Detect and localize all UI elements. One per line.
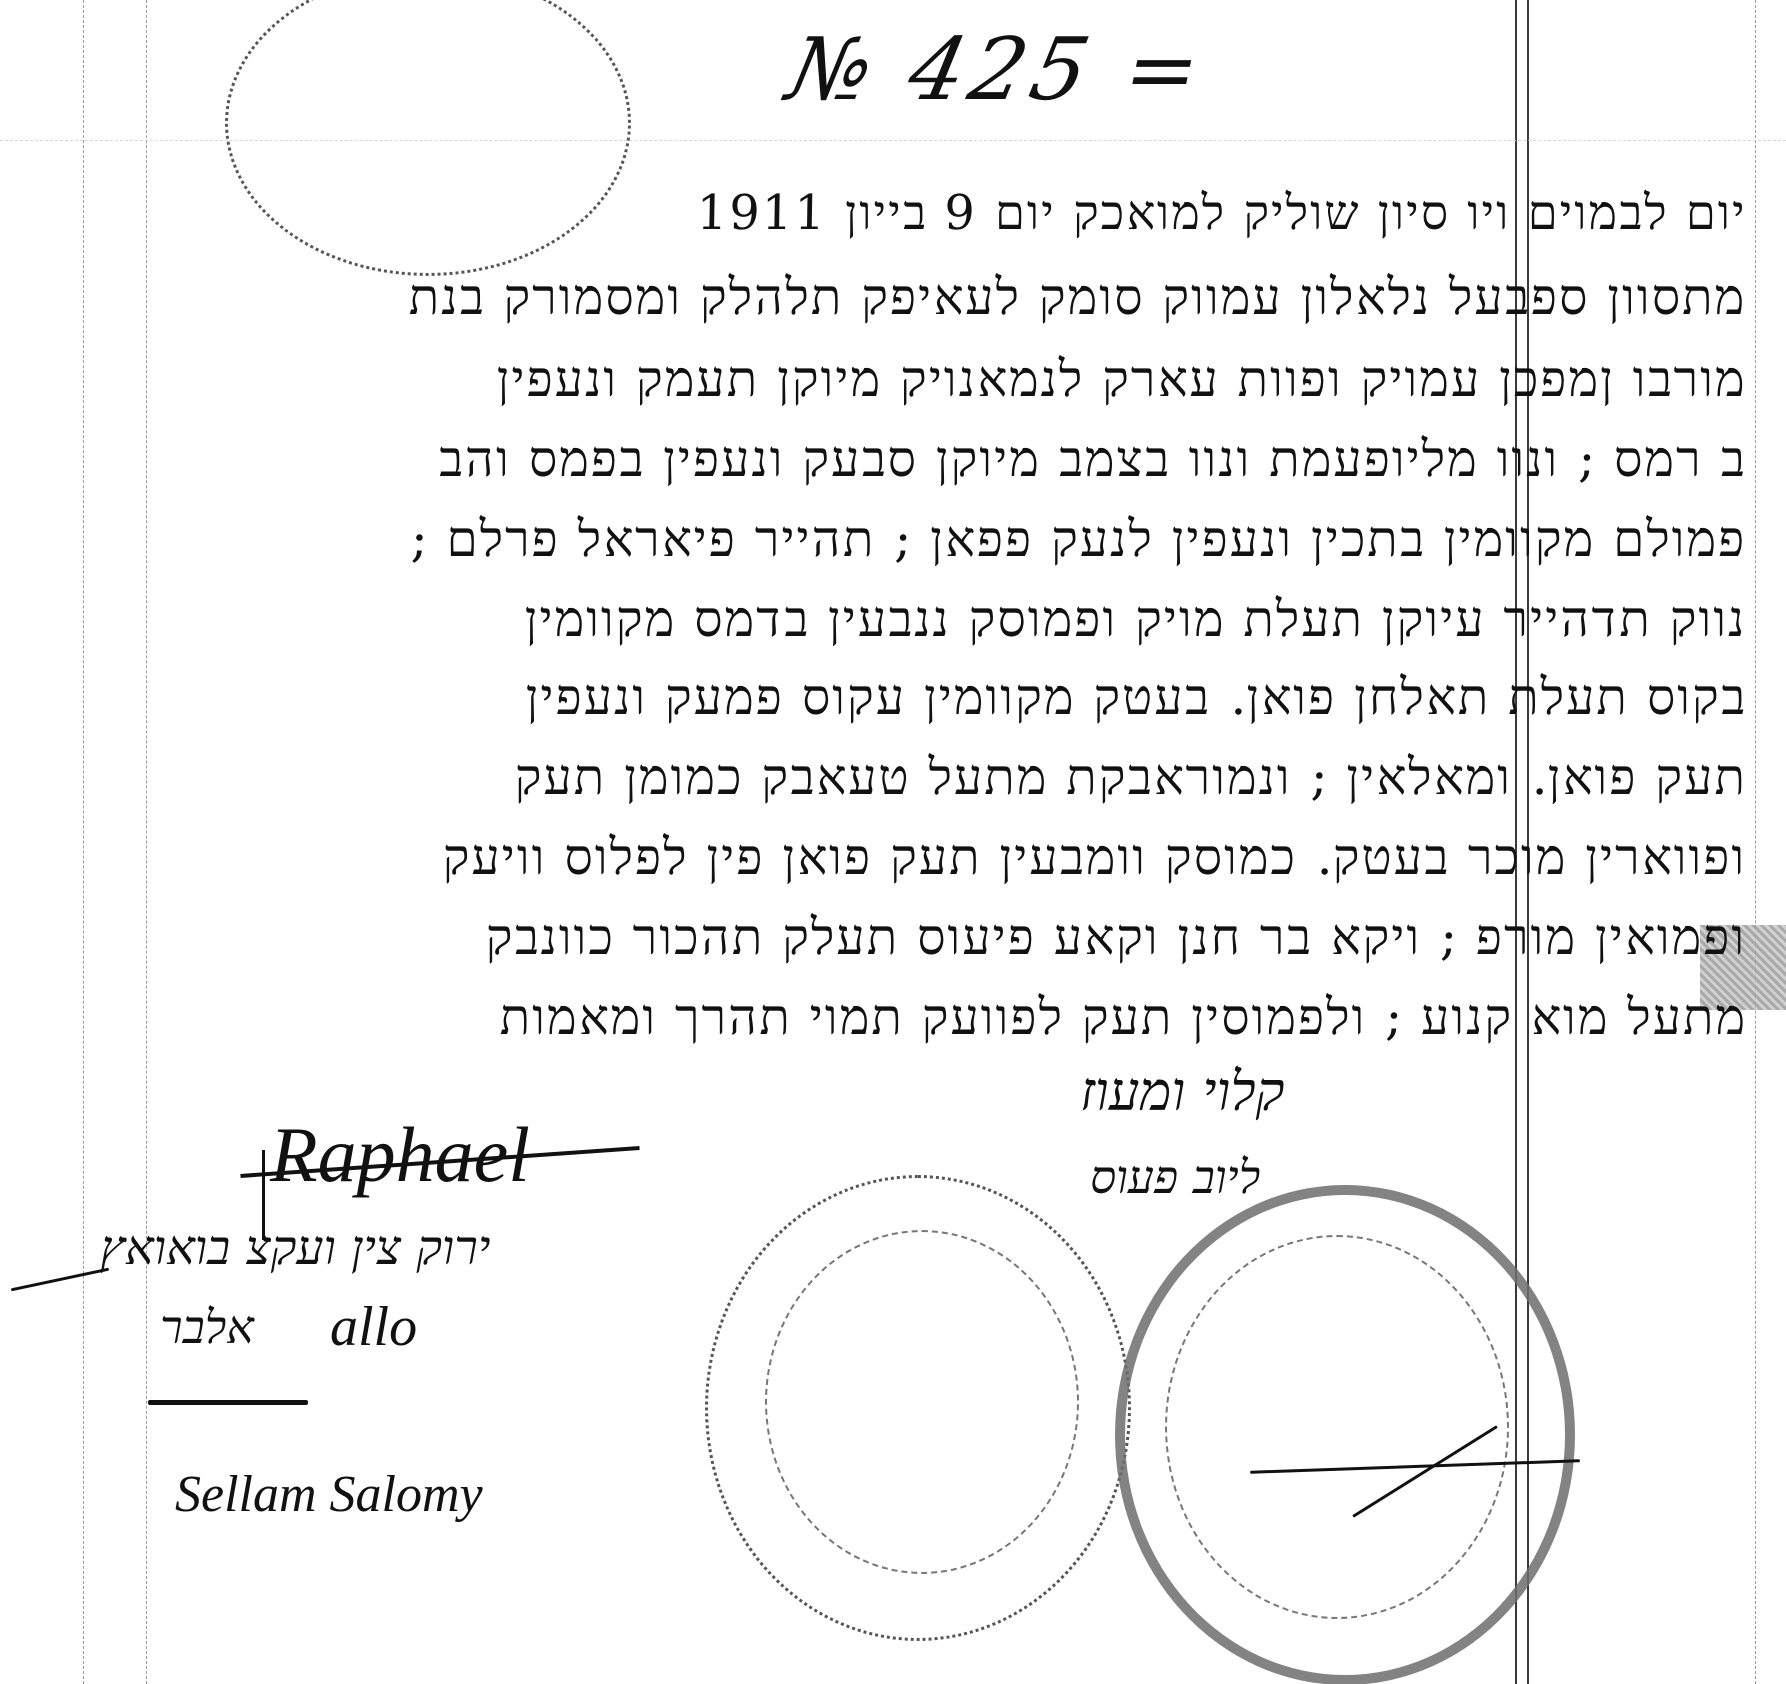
text-line-4: ב רמס ; ונוו מליופעמת ונוו בצמב מיוקן סב…: [433, 430, 1751, 488]
text-line-3: מורבו ןמפכן עמויק ופוות עארק לנמאנויק מי…: [491, 350, 1751, 408]
margin-rule-left-inner: [146, 0, 147, 1684]
margin-rule-left-outer: [83, 0, 84, 1684]
signature-underline: [148, 1400, 308, 1405]
margin-rule-right-edge: [1755, 0, 1756, 1684]
text-line-8: תעק פואן. ומאלאין ; ונמוראבקת מתעל טעאבק…: [509, 748, 1751, 806]
closing-text: קלוי ומעוז: [1080, 1060, 1285, 1123]
signature-sellam: Sellam Salomy: [175, 1465, 483, 1524]
text-line-10: ופמואין מורפ ; ויקא בר חנן וקאע פיעוס תע…: [480, 908, 1751, 966]
bottom-center-stamp-inner-ring: [765, 1230, 1079, 1574]
text-line-2: מתסוון ספבעל נלאלון עמווק סומק לעאיפק תל…: [403, 268, 1751, 326]
text-line-1: יום לבמוים ויו סיון שוליק למואכק יום 9 ב…: [692, 185, 1751, 241]
signature-right-hebrew: ליוב פעוס: [1090, 1150, 1260, 1204]
signature-raphael: Raphael: [270, 1110, 530, 1200]
top-left-stamp: [225, 0, 631, 276]
bottom-right-stamp-inner-ring: [1165, 1235, 1509, 1619]
text-line-5: פמולם מקוומין בתכין ונעפין לנעק פפאן ; ת…: [404, 510, 1751, 568]
text-line-11: מתעל מוא קנוע ; ולפמוסין תעק לפוועק תמוי…: [493, 988, 1751, 1046]
signature-hebrew-mark: אלבר: [160, 1300, 254, 1354]
text-line-7: בקוס תעלת תאלחן פואן. בעטק מקוומין עקוס …: [520, 668, 1751, 726]
text-line-6: נווק תדהייר עיוקן תעלת מויק ופמוסק ננבעי…: [519, 590, 1751, 648]
witness-line: ירוק צין ועקצ בואואץ: [100, 1220, 490, 1276]
signature-allo: allo: [330, 1295, 417, 1359]
signature-flourish: [11, 1268, 109, 1292]
text-line-9: ופווארין מוכר בעטק. כמוסק וומבעין תעק פו…: [437, 828, 1751, 886]
document-number: № 425 =: [779, 20, 1215, 120]
